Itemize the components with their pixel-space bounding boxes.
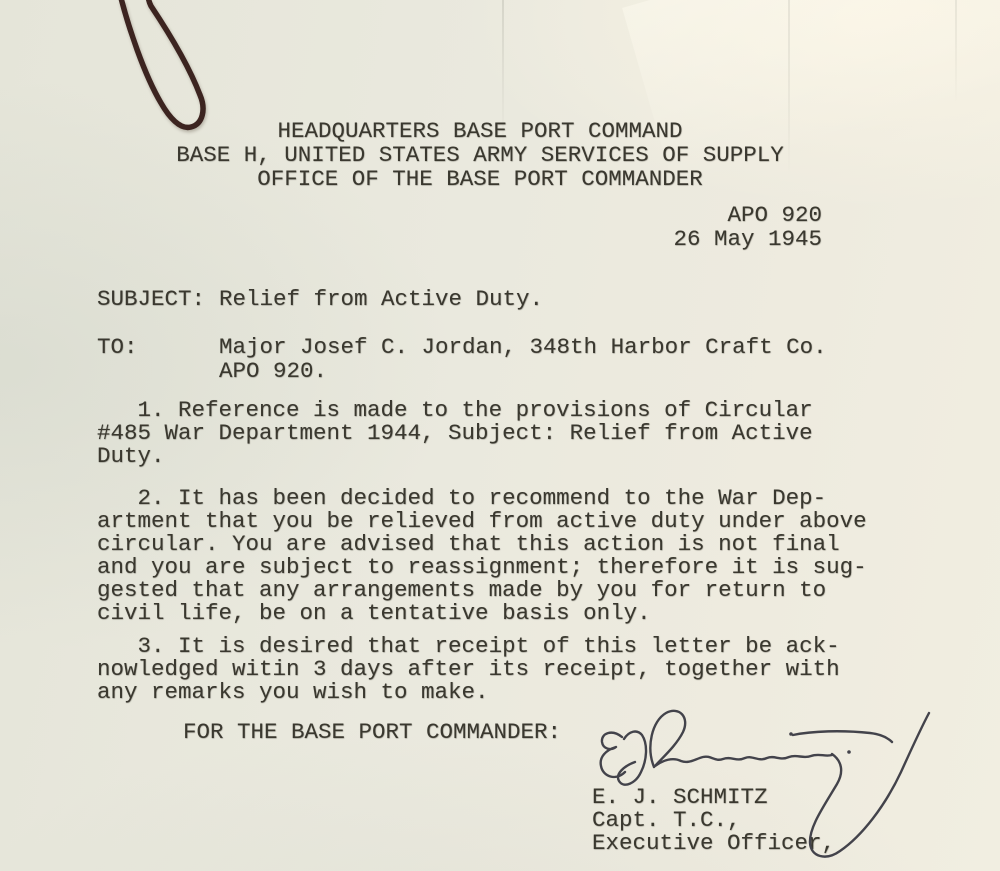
closing-line: FOR THE BASE PORT COMMANDER: [183,720,561,744]
scanned-letter-page: HEADQUARTERS BASE PORT COMMAND BASE H, U… [0,0,1000,871]
dateline: APO 920 26 May 1945 [673,203,822,251]
paragraph-3: 3. It is desired that receipt of this le… [97,635,840,704]
to-address: Major Josef C. Jordan, 348th Harbor Craf… [219,335,827,383]
paragraph-2: 2. It has been decided to recommend to t… [97,487,867,625]
subject-value: Relief from Active Duty. [219,287,543,311]
subject-label: SUBJECT: [97,287,205,311]
letterhead: HEADQUARTERS BASE PORT COMMAND BASE H, U… [0,119,960,191]
paragraph-1: 1. Reference is made to the provisions o… [97,399,813,468]
signature-block: E. J. SCHMITZ Capt. T.C., Executive Offi… [592,786,835,855]
to-label: TO: [97,335,138,359]
